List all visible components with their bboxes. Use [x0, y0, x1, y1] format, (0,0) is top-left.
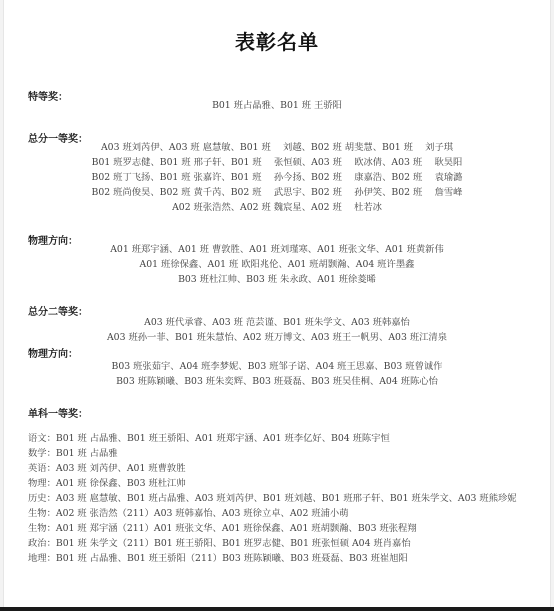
award-line: A01 班郑宇涵、A01 班 曹敦胜、A01 班刘瑾寒、A01 班张文华、A01… [4, 244, 550, 256]
subject-line-chinese: 语文：B01 班 占晶雅、B01 班王骄阳、A01 班郑宇涵、A01 班李亿好、… [28, 433, 390, 445]
award-line: B03 班张茹宇、A04 班李梦妮、B03 班邹子诺、A04 班王思嘉、B03 … [4, 361, 550, 373]
document-page: 表彰名单 特等奖： B01 班占晶雅、B01 班 王骄阳 总分一等奖： A03 … [3, 0, 551, 607]
subject-line-english: 英语：A03 班 刘芮伊、A01 班曹敦胜 [28, 463, 186, 475]
bottom-border [0, 607, 554, 611]
section-heading-single-subject: 单科一等奖： [28, 405, 88, 420]
award-line: B03 班杜江帅、B03 班 朱永政、A01 班徐菱晞 [4, 274, 550, 286]
subject-line-math: 数学：B01 班 占晶雅 [28, 448, 118, 460]
award-line: A03 班代承睿、A03 班 范芸谨、B01 班朱学文、A03 班韩嘉怡 [4, 317, 550, 329]
award-line: B03 班陈颖曦、B03 班朱奕辉、B03 班聂磊、B03 班吴佳桐、A04 班… [4, 376, 550, 388]
award-line: B02 班丁飞扬、B01 班 张嘉许、B01 班 孙今扬、B02 班 康嘉浩、B… [4, 172, 550, 184]
section-heading-total-second: 总分二等奖： [28, 303, 88, 318]
subject-line-history: 历史：A03 班 扈慧敏、B01 班占晶雅、A03 班刘芮伊、B01 班刘越、B… [28, 493, 517, 505]
award-line: A03 班刘芮伊、A03 班 扈慧敏、B01 班 刘越、B02 班 胡斐慧、B0… [4, 142, 550, 154]
subject-line-geography: 地理：B01 班 占晶雅、B01 班王骄阳（211）B03 班陈颖曦、B03 班… [28, 553, 408, 565]
subject-line-biology: 生物：A02 班 张浩然（211）A03 班韩嘉怡、A03 班徐立卓、A02 班… [28, 508, 349, 520]
award-line: A01 班徐保鑫、A01 班 欧阳兆伦、A01 班胡颢瀚、A04 班许墨鑫 [4, 259, 550, 271]
subject-line-politics: 政治：B01 班 朱学文（211）B01 班王骄阳、B01 班罗志健、B01 班… [28, 538, 411, 550]
award-line: B01 班罗志健、B01 班 邢子轩、B01 班 张恒硕、A03 班 欧冰倩、A… [4, 157, 550, 169]
section-heading-physics-2: 物理方向： [28, 345, 78, 360]
award-line: B01 班占晶雅、B01 班 王骄阳 [4, 100, 550, 112]
award-line: A02 班张浩然、A02 班 魏宸星、A02 班 杜若冰 [4, 202, 550, 214]
award-line: B02 班尚俊昊、B02 班 黄千芮、B02 班 武思宇、B02 班 孙伊笑、B… [4, 187, 550, 199]
award-line: A03 班孙一菲、B01 班朱慧怡、A02 班万博文、A03 班王一帆男、A03… [4, 332, 550, 344]
page-title: 表彰名单 [4, 26, 550, 55]
subject-line-biology-2: 生物：A01 班 郑宇涵（211）A01 班张文华、A01 班徐保鑫、A01 班… [28, 523, 417, 535]
subject-line-physics: 物理：A01 班 徐保鑫、B03 班杜江帅 [28, 478, 186, 490]
